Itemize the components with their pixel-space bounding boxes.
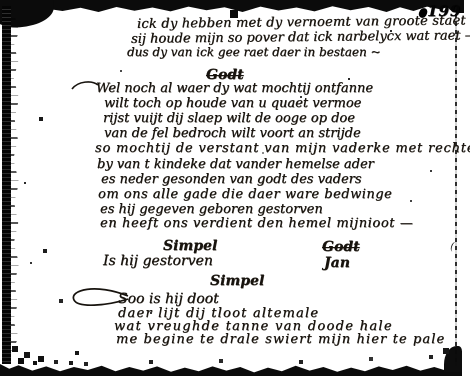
ink-mark xyxy=(450,241,459,252)
speaker-name: Simpel xyxy=(210,274,264,288)
manuscript-line: Soo is hij doot xyxy=(118,292,219,306)
scan-streaks-left xyxy=(11,18,19,354)
scan-edge-bottom xyxy=(0,364,462,376)
manuscript-line: wilt toch op houde van u quaet vermoe xyxy=(104,97,361,110)
manuscript-line: van de fel bedroch wilt voort an strijde xyxy=(104,127,361,140)
manuscript-line: so mochtij de verstant van mijn vaderke … xyxy=(95,142,470,155)
scan-edge-left xyxy=(2,6,11,364)
scan-edge-right xyxy=(455,6,457,366)
manuscript-line: es neder gesonden van godt des vaders xyxy=(101,173,362,186)
manuscript-line: dus dy van ick gee raet daer in bestaen … xyxy=(127,46,381,58)
speaker-name: Simpel xyxy=(163,239,217,253)
manuscript-line: by van t kindeke dat vander hemelse ader xyxy=(97,158,374,171)
scan-corner-bottom-right xyxy=(444,346,462,372)
manuscript-scan-page: 199 ick dy hebben met dy vernoemt van gr… xyxy=(0,0,470,383)
manuscript-line: sij houde mijn so pover dat ick narbelyc… xyxy=(131,29,470,46)
scan-edge-top xyxy=(4,0,454,12)
manuscript-line: om ons alle gade die daer ware bedwinge xyxy=(98,188,392,201)
manuscript-line: en heeft ons verdient den hemel mijnioot… xyxy=(100,217,413,230)
manuscript-line: Is hij gestorven xyxy=(103,254,213,268)
manuscript-line: Wel noch al waer dy wat mochtij ontfanne xyxy=(96,82,373,95)
manuscript-line: me begine te drale swiert mijn hier te p… xyxy=(116,333,445,346)
speaker-name: Jan xyxy=(324,256,350,270)
ink-specks xyxy=(0,0,2,2)
manuscript-line: es hij gegeven geboren gestorven xyxy=(100,203,323,216)
manuscript-line: rijst vuijt dij slaep wilt de ooge op do… xyxy=(103,112,355,125)
speaker-name: Godt xyxy=(322,240,360,254)
speaker-name: Godt xyxy=(206,68,244,82)
